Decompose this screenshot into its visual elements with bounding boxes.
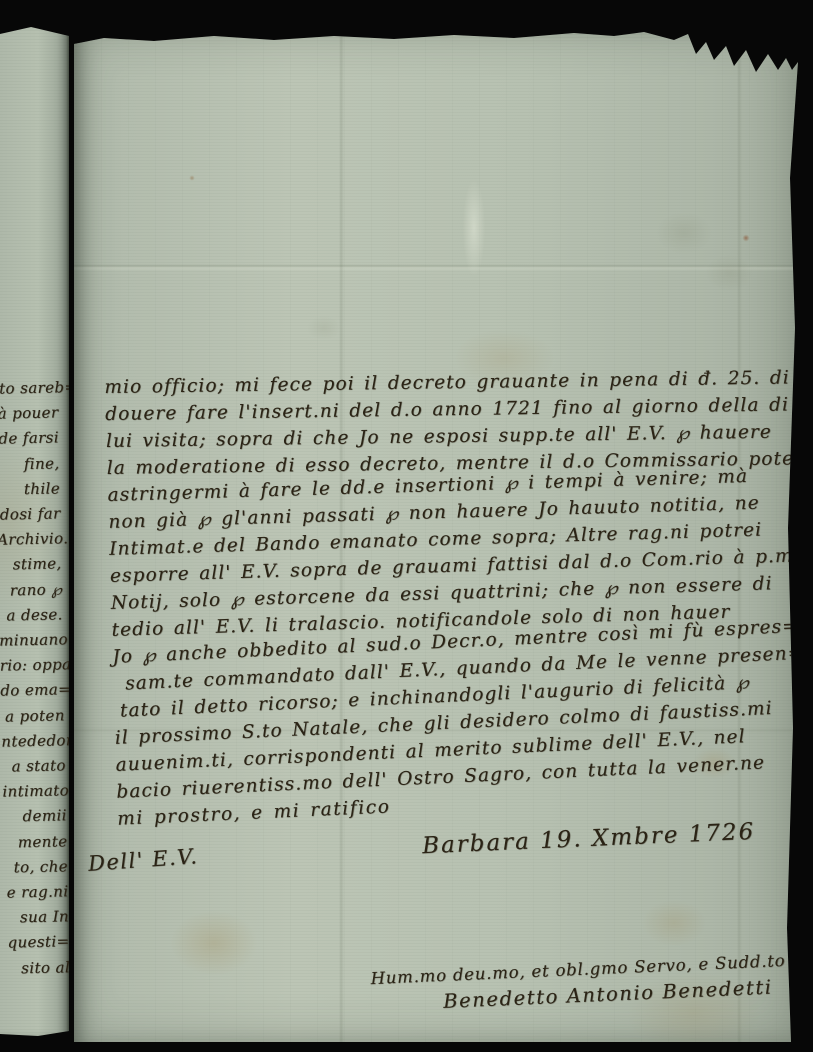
letter-page: mio officio; mi fece poi il decreto grau…	[74, 28, 798, 1042]
fragment-line: rio: oppa	[0, 653, 64, 680]
fragment-line: de farsi	[0, 426, 59, 453]
fragment-line: intimato	[2, 779, 67, 806]
left-page-edge: lto sareb=à pouerde farsifine,thiledosi …	[0, 24, 69, 1036]
fragment-line: a stato	[2, 753, 67, 780]
fragment-line: thile	[0, 476, 60, 503]
fragment-line: fine,	[0, 451, 60, 478]
fragment-line: à pouer	[0, 401, 59, 428]
fragment-line: Archivio.	[0, 527, 61, 554]
fragment-line: ntededor=	[1, 728, 66, 755]
fragment-line: demii	[3, 804, 68, 831]
closing-salutation: Dell' E.V.	[87, 844, 199, 876]
dateline: Barbara 19. Xmbre 1726	[422, 819, 756, 860]
manuscript-photograph: lto sareb=à pouerde farsifine,thiledosi …	[0, 0, 813, 1052]
fragment-line: e rag.ni	[4, 879, 69, 906]
fragment-line: a dese.	[0, 602, 63, 629]
letter-body: mio officio; mi fece poi il decreto grau…	[104, 353, 809, 832]
fragment-line: sua In	[5, 905, 70, 932]
left-page-fragments: lto sareb=à pouerde farsifine,thiledosi …	[0, 375, 70, 981]
fragment-line: do ema=	[0, 678, 65, 705]
fragment-line: a poten	[1, 703, 66, 730]
fragment-line: dosi far	[0, 501, 61, 528]
signature-block: Hum.mo deu.mo, et obl.gmo Servo, e Sudd.…	[370, 951, 787, 1016]
fragment-line: stime,	[0, 552, 62, 579]
fragment-line: to, che	[4, 854, 69, 881]
fragment-line: rano ℘	[0, 577, 62, 604]
fragment-line: mente	[3, 829, 68, 856]
fragment-line: lto sareb=	[0, 375, 58, 402]
fragment-line: questi=	[5, 930, 70, 957]
fragment-line: sito al	[6, 955, 71, 982]
fragment-line: minuano	[0, 627, 63, 654]
